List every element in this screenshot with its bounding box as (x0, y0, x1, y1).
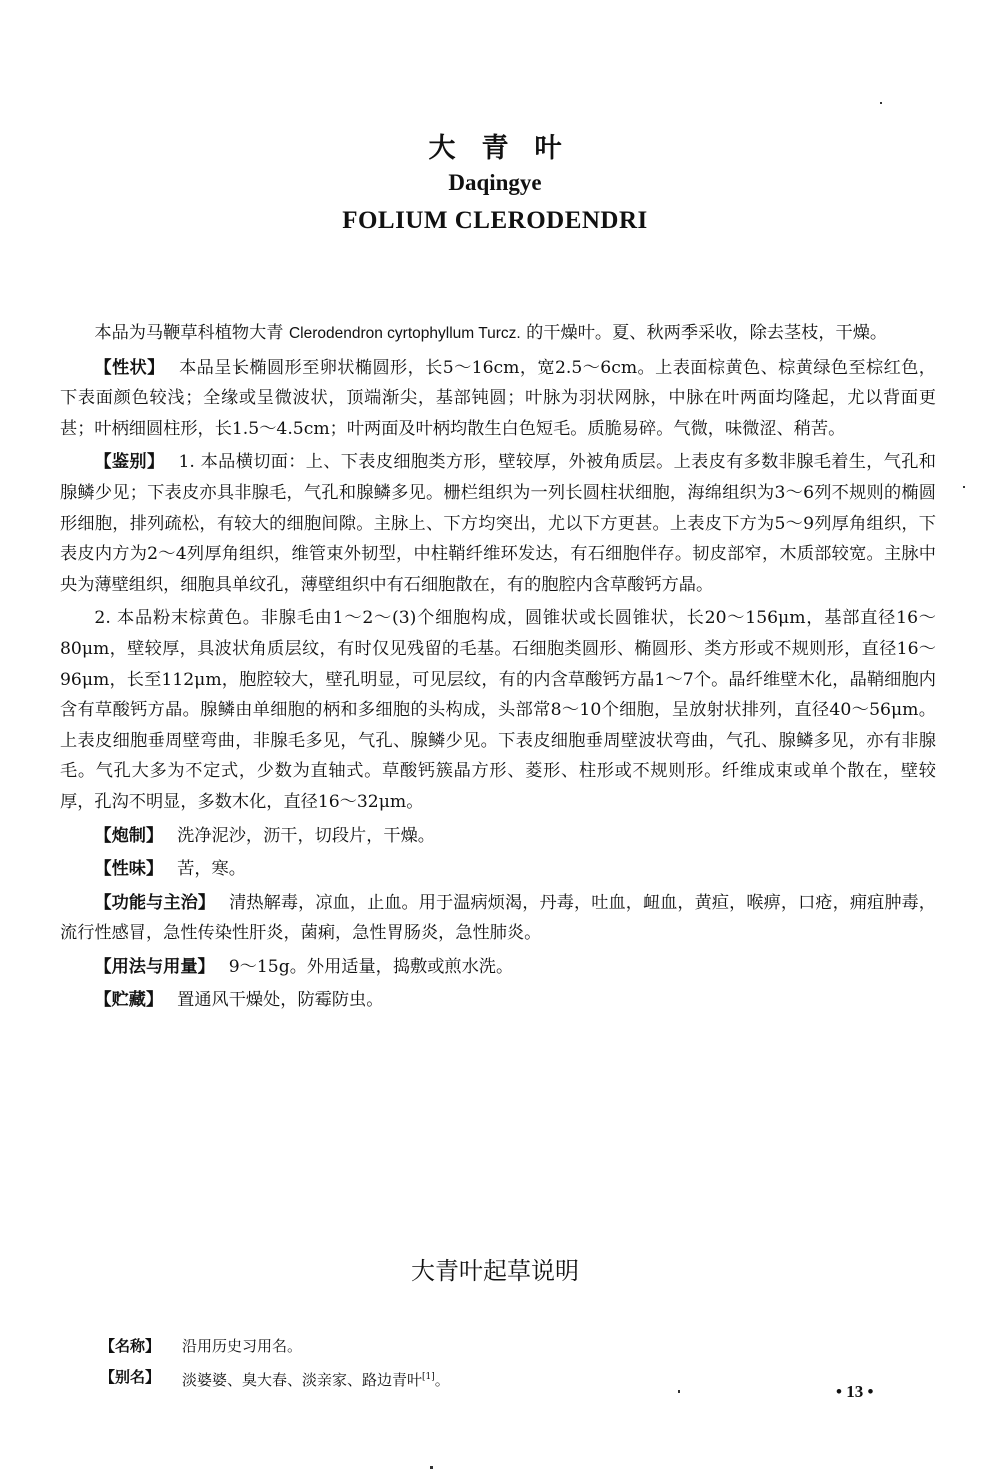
monograph-body: 本品为马鞭草科植物大青 Clerodendron cyrtophyllum Tu… (60, 318, 936, 1019)
section-storage: 【贮藏】置通风干燥处，防霉防虫。 (60, 985, 936, 1016)
section-label: 【功能与主治】 (94, 893, 215, 913)
pinyin-title: Daqingye (0, 170, 990, 196)
section-identification: 【鉴别】1. 本品横切面：上、下表皮细胞类方形，壁较厚，外被角质层。上表皮有多数… (60, 447, 936, 600)
section-label: 【性状】 (94, 358, 164, 378)
note-text-wrap: 淡婆婆、臭大春、淡亲家、路边青叶[1]。 (182, 1362, 450, 1396)
drafting-notes: 【名称】 沿用历史习用名。 【别名】 淡婆婆、臭大春、淡亲家、路边青叶[1]。 (100, 1331, 900, 1396)
section-label: 【鉴别】 (94, 452, 164, 472)
intro-text-tail: 的干燥叶。夏、秋两季采收，除去茎枝，干燥。 (526, 323, 887, 343)
section-text: 1. 本品横切面：上、下表皮细胞类方形，壁较厚，外被角质层。上表皮有多数非腺毛着… (60, 452, 936, 594)
section-text: 置通风干燥处，防霉防虫。 (177, 990, 383, 1010)
section-processing: 【炮制】洗净泥沙，沥干，切段片，干燥。 (60, 821, 936, 852)
note-item-alias: 【别名】 淡婆婆、臭大春、淡亲家、路边青叶[1]。 (100, 1362, 900, 1396)
note-text: 淡婆婆、臭大春、淡亲家、路边青叶 (182, 1371, 422, 1389)
note-label: 【名称】 (100, 1331, 182, 1362)
page-title: 大青叶 (0, 126, 990, 165)
drafting-notes-title: 大青叶起草说明 (0, 1251, 990, 1286)
section-label: 【贮藏】 (94, 990, 163, 1010)
section-text: 2. 本品粉末棕黄色。非腺毛由1～2～(3)个细胞构成，圆锥状或长圆锥状，长20… (60, 608, 936, 812)
intro-text: 本品为马鞭草科植物大青 (94, 323, 283, 343)
scan-speck (963, 486, 965, 488)
intro-paragraph: 本品为马鞭草科植物大青 Clerodendron cyrtophyllum Tu… (60, 318, 936, 350)
section-text: 本品呈长椭圆形至卵状椭圆形，长5～16cm，宽2.5～6cm。上表面棕黄色、棕黄… (60, 358, 936, 439)
section-label: 【用法与用量】 (94, 957, 214, 977)
section-text: 9～15g。外用适量，捣敷或煎水洗。 (229, 957, 513, 977)
scan-speck (880, 102, 882, 104)
section-dosage: 【用法与用量】9～15g。外用适量，捣敷或煎水洗。 (60, 952, 936, 983)
section-label: 【炮制】 (94, 826, 163, 846)
section-identification-powder: 2. 本品粉末棕黄色。非腺毛由1～2～(3)个细胞构成，圆锥状或长圆锥状，长20… (60, 603, 936, 817)
reference-marker[interactable]: [1] (422, 1372, 435, 1382)
scan-speck (430, 1466, 433, 1469)
species-latin-name: Clerodendron cyrtophyllum Turcz. (289, 325, 521, 342)
note-text-tail: 。 (435, 1371, 450, 1389)
note-item-name: 【名称】 沿用历史习用名。 (100, 1331, 900, 1362)
latin-title: FOLIUM CLERODENDRI (0, 207, 990, 235)
scan-speck (678, 1390, 680, 1393)
page-number: • 13 • (836, 1382, 873, 1402)
note-text: 沿用历史习用名。 (182, 1331, 302, 1362)
section-text: 苦，寒。 (177, 859, 246, 879)
section-label: 【性味】 (94, 859, 163, 879)
section-actions-indications: 【功能与主治】清热解毒，凉血，止血。用于温病烦渴，丹毒，吐血，衄血，黄疸，喉痹，… (60, 888, 936, 949)
section-text: 洗净泥沙，沥干，切段片，干燥。 (177, 826, 435, 846)
section-property-flavor: 【性味】苦，寒。 (60, 854, 936, 885)
note-label: 【别名】 (100, 1362, 182, 1396)
section-description: 【性状】本品呈长椭圆形至卵状椭圆形，长5～16cm，宽2.5～6cm。上表面棕黄… (60, 353, 936, 445)
scan-speck (238, 366, 240, 370)
